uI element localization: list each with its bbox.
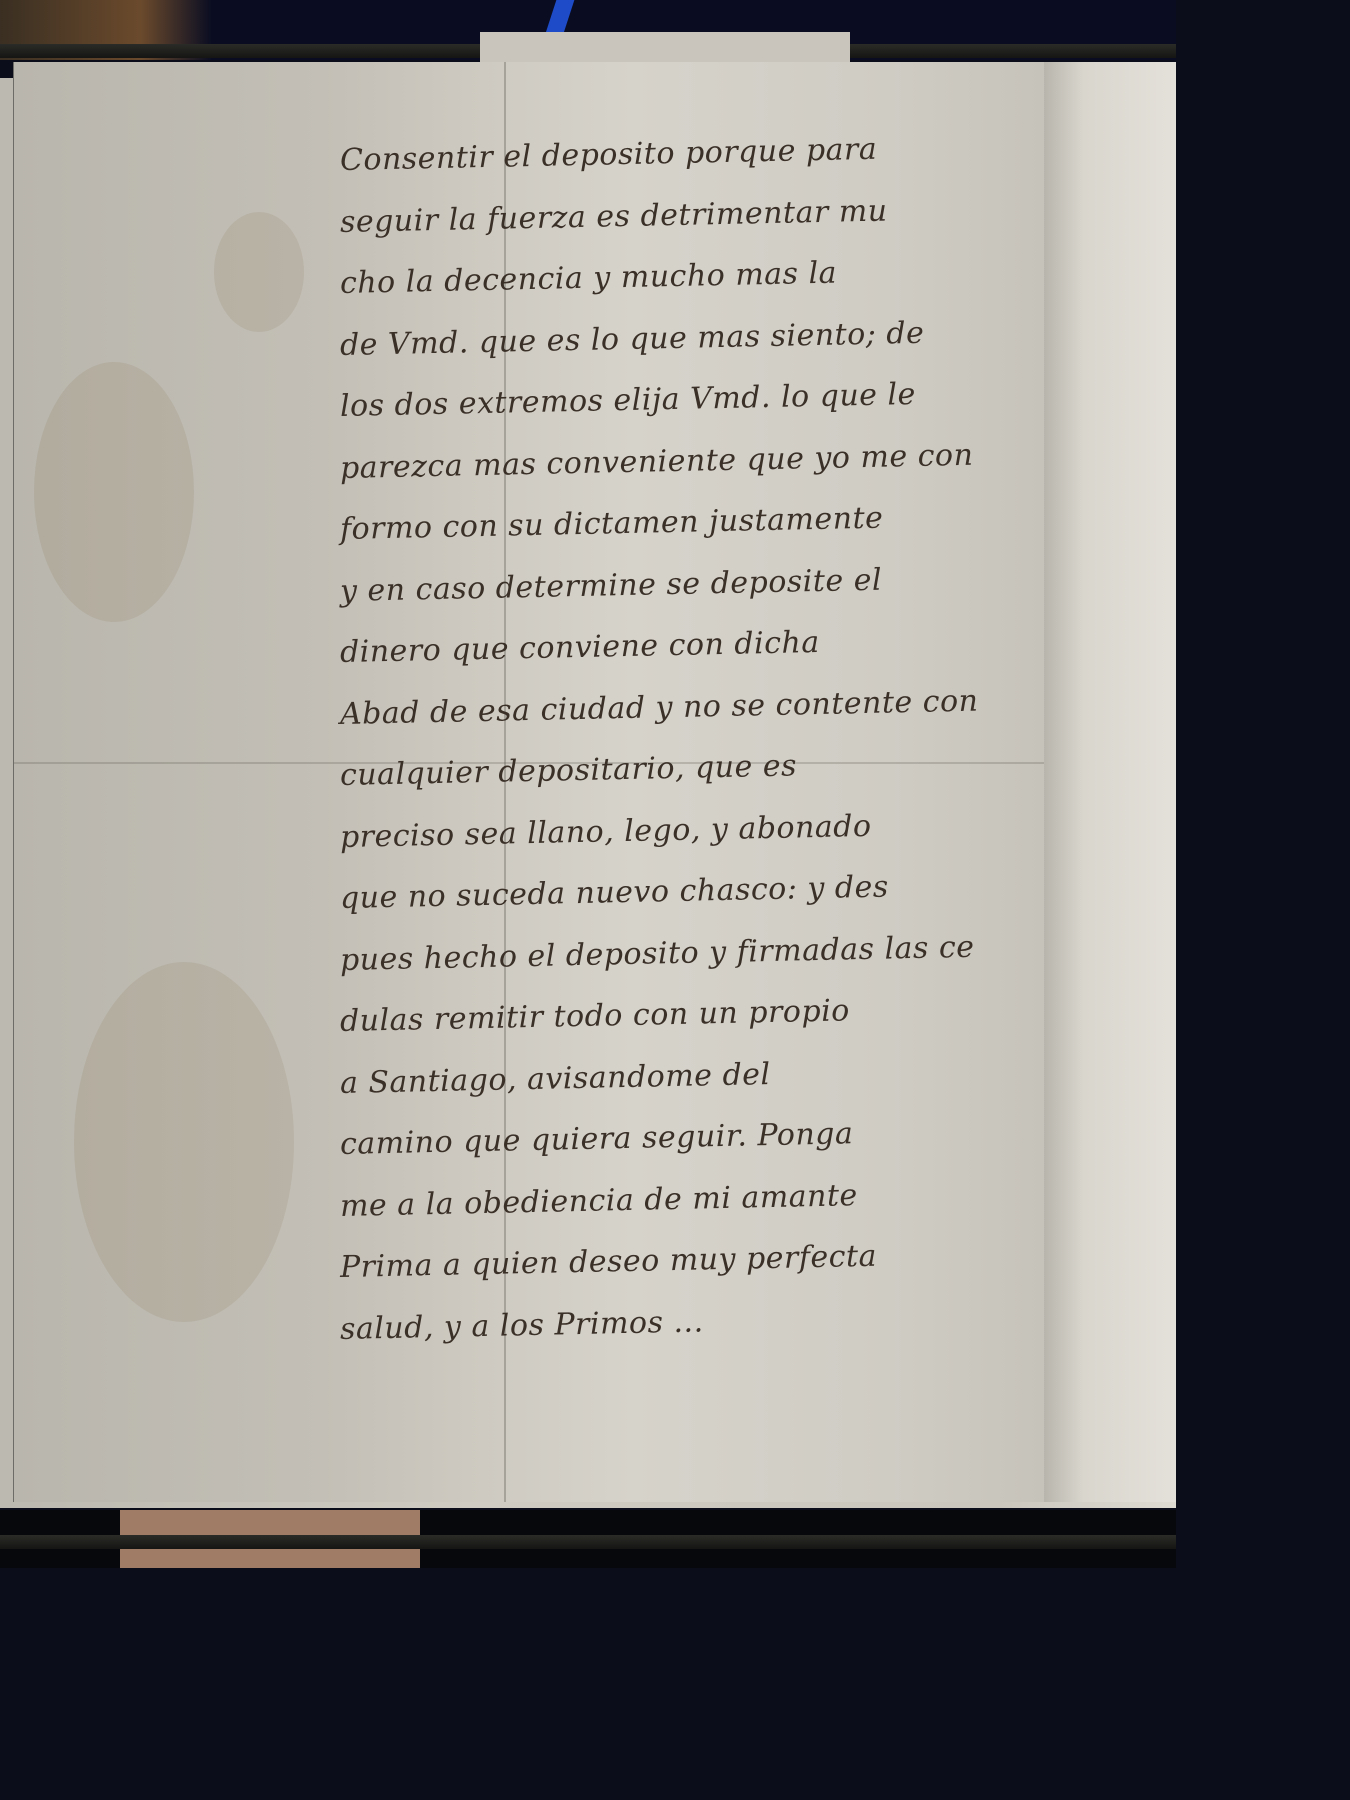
stain	[214, 212, 304, 332]
stain	[34, 362, 194, 622]
frame-bar-bottom	[0, 1535, 1176, 1549]
manuscript-text: Consentir el deposito porque para seguir…	[340, 130, 1040, 1360]
stain	[74, 962, 294, 1322]
right-folded-flap	[1044, 62, 1176, 1502]
